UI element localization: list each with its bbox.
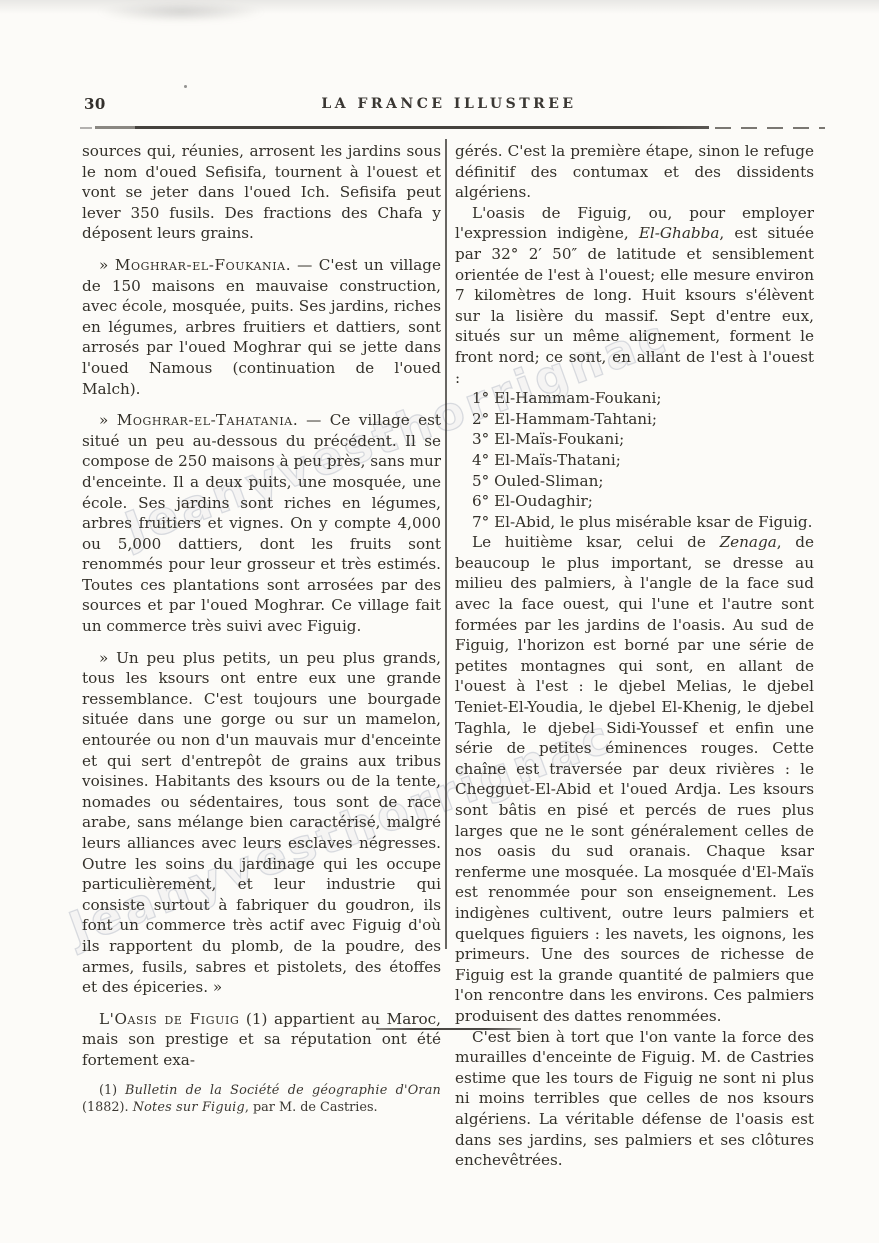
- left-paragraph-ksours-description: » Un peu plus petits, un peu plus grands…: [82, 648, 441, 998]
- left-paragraph-moghrar-el-tahatania: » Moghrar-el-Tahatania. — Ce village est…: [82, 410, 441, 637]
- footnote-author: , par M. de Castries.: [245, 1100, 378, 1115]
- left-paragraph-1: sources qui, réunies, arrosent les jardi…: [82, 141, 441, 244]
- ksar-list-item: 2° El-Hammam-Tahtani;: [455, 409, 814, 430]
- right-paragraph-zenaga: Le huitième ksar, celui de Zenaga, de be…: [455, 532, 814, 1026]
- paragraph-text: . — Ce village est situé un peu au-desso…: [82, 411, 441, 635]
- left-paragraph-moghrar-el-foukania: » Moghrar-el-Foukania. — C'est un villag…: [82, 255, 441, 399]
- header-rule: [715, 127, 825, 129]
- zenaga-italic: Zenaga: [720, 533, 777, 551]
- right-column: gérés. C'est la première étape, sinon le…: [455, 141, 814, 1171]
- ksar-list-item: 3° El-Maïs-Foukani;: [455, 429, 814, 450]
- section-end-rule: [376, 1028, 521, 1030]
- paragraph-text: Le huitième ksar, celui de: [472, 533, 720, 551]
- ksar-name-smallcaps: Moghrar-el-Tahatania: [117, 411, 293, 429]
- guillemet: »: [99, 411, 117, 429]
- right-paragraph-murailles: C'est bien à tort que l'on vante la forc…: [455, 1027, 814, 1171]
- scan-smudge: [96, 2, 266, 22]
- paragraph-text: , est située par 32° 2′ 50″ de latitude …: [455, 224, 814, 386]
- ksar-name-smallcaps: Moghrar-el-Foukania: [115, 256, 286, 274]
- guillemet: »: [99, 256, 115, 274]
- header-rule: [95, 126, 709, 129]
- ksar-list-item: 7° El-Abid, le plus misérable ksar de Fi…: [455, 512, 814, 533]
- publication-title: LA FRANCE ILLUSTREE: [82, 96, 816, 112]
- scan-speck: [184, 85, 187, 88]
- left-paragraph-oasis-de-figuig: L'Oasis de Figuig (1) appartient au Maro…: [82, 1009, 441, 1071]
- paragraph-text: , de beaucoup le plus important, se dres…: [455, 533, 814, 1025]
- ksar-list: 1° El-Hammam-Foukani; 2° El-Hammam-Tahta…: [455, 388, 814, 532]
- paragraph-text: . — C'est un village de 150 maisons en m…: [82, 256, 441, 398]
- right-paragraph-1: gérés. C'est la première étape, sinon le…: [455, 141, 814, 203]
- footnote-marker: (1): [99, 1083, 125, 1098]
- footnote: (1) Bulletin de la Société de géographie…: [82, 1082, 441, 1117]
- scanned-page: Jeanyvesthorrignac Jeanyvesthorrignac 30…: [0, 0, 879, 1243]
- right-paragraph-oasis-location: L'oasis de Figuig, ou, pour employer l'e…: [455, 203, 814, 388]
- el-ghabba-italic: El-Ghabba: [639, 224, 720, 242]
- ksar-list-item: 1° El-Hammam-Foukani;: [455, 388, 814, 409]
- header-rule: [80, 127, 92, 129]
- ksar-list-item: 4° El-Maïs-Thatani;: [455, 450, 814, 471]
- left-column: sources qui, réunies, arrosent les jardi…: [82, 141, 441, 1128]
- oasis-smallcaps: L'Oasis de Figuig: [99, 1010, 239, 1028]
- ksar-list-item: 5° Ouled-Sliman;: [455, 471, 814, 492]
- footnote-work-title: Notes sur Figuig: [133, 1100, 245, 1115]
- ksar-list-item: 6° El-Oudaghir;: [455, 491, 814, 512]
- column-divider-rule: [445, 139, 447, 949]
- footnote-year: (1882).: [82, 1100, 133, 1115]
- footnote-source-title: Bulletin de la Société de géographie d'O…: [125, 1083, 441, 1098]
